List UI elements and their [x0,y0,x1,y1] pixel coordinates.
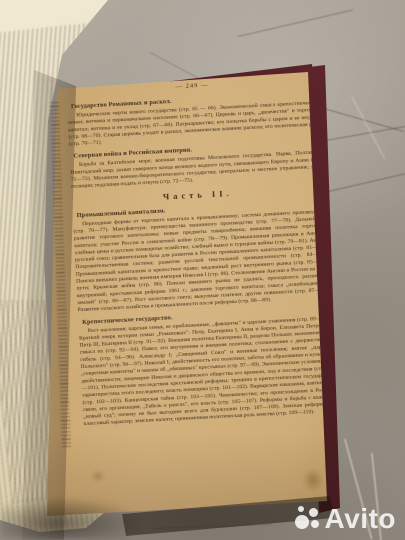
avito-dot [311,520,319,528]
avito-dots-icon [295,505,322,533]
surface-crack [320,125,405,142]
section-summary-paragraph: Переходные формы от торгового капитала к… [73,207,330,313]
surface-thread [351,96,385,159]
avito-dot [295,515,309,529]
book-photo: — 249 — Государство Романовых и раскол. … [0,0,405,540]
left-page-bottom-shadow [0,498,150,540]
avito-dot [298,506,304,512]
table-of-contents-text: — 249 — Государство Романовых и раскол. … [66,75,335,428]
avito-dot [309,508,318,517]
section-summary-paragraph: Рост населения; царская семья, ее прибли… [79,314,336,427]
surface-crack [324,172,405,193]
surface-crack [238,9,353,37]
avito-watermark: Avito [295,505,396,533]
watermark-label: Avito [325,505,396,533]
